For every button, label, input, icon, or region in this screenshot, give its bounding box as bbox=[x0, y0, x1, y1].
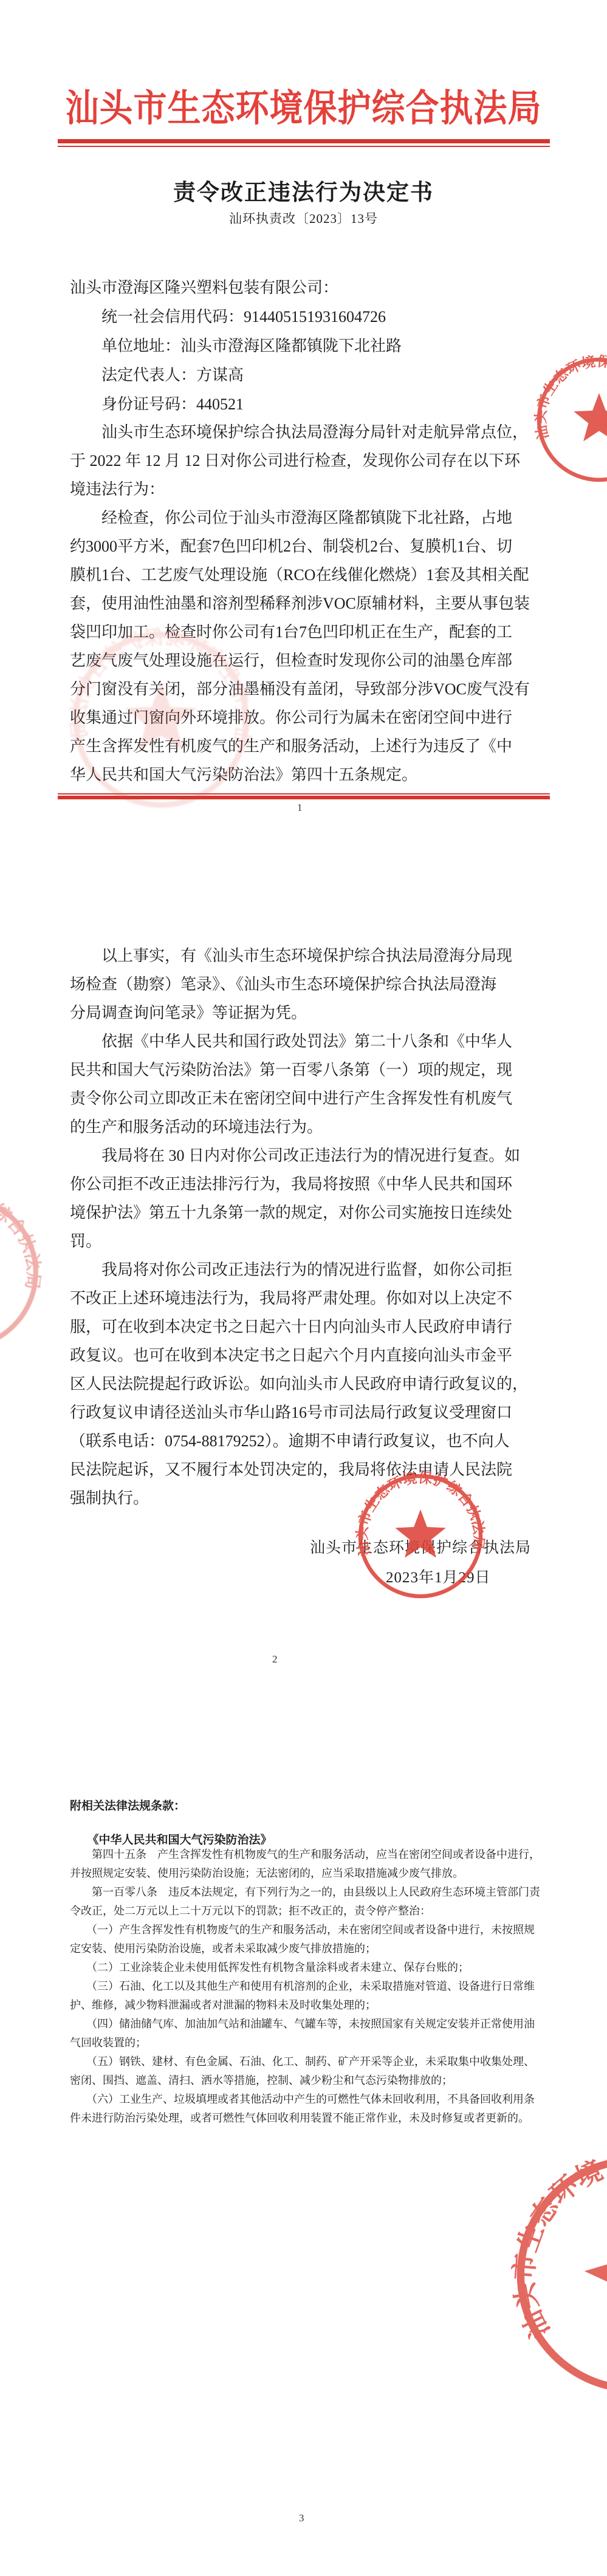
text-line: 法定代表人：方谋高 bbox=[70, 361, 556, 390]
seal-ring-text: 汕头市生态环境保护综合执法局 bbox=[483, 2123, 607, 2344]
text-line: （一）产生含挥发性有机物废气的生产和服务活动，未在密闭空间或者设备中进行，未按照… bbox=[70, 1921, 556, 1939]
text-line: 统一社会信用代码：914405151931604726 bbox=[70, 302, 556, 332]
page-number-1: 1 bbox=[297, 802, 303, 814]
text-line: 场检查（勘察）笔录》、《汕头市生态环境保护综合执法局澄海 bbox=[70, 970, 556, 999]
svg-text:汕头市生态环境保护综合执法局: 汕头市生态环境保护综合执法局 bbox=[483, 2123, 607, 2344]
seal-page2-edge: 汕头市生态环境保护综合执法局 bbox=[0, 1181, 52, 1364]
attachment-heading: 附相关法律法规条款： bbox=[70, 1797, 185, 1813]
seal-star-icon bbox=[574, 393, 607, 442]
text-line: 经检查，你公司位于汕头市澄海区隆都镇陇下北社路，占地 bbox=[70, 504, 556, 532]
text-line: 你公司拒不改正违法排污行为，我局将按照《中华人民共和国环 bbox=[70, 1170, 556, 1198]
attachment-law-title: 《中华人民共和国大气污染防治法》 bbox=[70, 1831, 272, 1847]
text-line: （五）钢铁、建材、有色金属、石油、化工、制药、矿产开采等企业，未采取集中收集处理… bbox=[70, 2052, 556, 2071]
text-line: 依据《中华人民共和国行政处罚法》第二十八条和《中华人 bbox=[70, 1027, 556, 1056]
text-line: 政复议。也可在收到本决定书之日起六个月内直接向汕头市金平 bbox=[70, 1341, 556, 1370]
text-line: 境违法行为： bbox=[70, 475, 556, 504]
text-line: 行政复议申请径送汕头市华山路16号市司法局行政复议受理窗口 bbox=[70, 1398, 556, 1427]
text-line: （二）工业涂装企业未使用低挥发性有机物含量涂料或者未建立、保存台账的； bbox=[70, 1958, 556, 1977]
recipient-block: 汕头市澄海区隆兴塑料包装有限公司： 统一社会信用代码：9144051519316… bbox=[70, 273, 556, 419]
text-line: 约3000平方米，配套7色凹印机2台、制袋机2台、复膜机1台、切 bbox=[70, 532, 556, 561]
text-line: 华人民共和国大气污染防治法》第四十五条规定。 bbox=[70, 760, 556, 789]
seal-star-icon bbox=[576, 2214, 607, 2326]
text-line: 强制执行。 bbox=[70, 1484, 556, 1512]
text-line: 艺废气废气处理设施在运行，但检查时发现你公司的油墨仓库部 bbox=[70, 646, 556, 675]
paragraph-evidence: 以上事实，有《汕头市生态环境保护综合执法局澄海分局现场检查（勘察）笔录》、《汕头… bbox=[70, 941, 556, 1027]
footer-divider-thin-line bbox=[58, 793, 550, 794]
text-line: 的生产和服务活动的环境违法行为。 bbox=[70, 1113, 556, 1141]
text-line: 服，可在收到本决定书之日起六十日内向汕头市人民政府申请行 bbox=[70, 1313, 556, 1341]
text-line: 第一百零八条 违反本法规定，有下列行为之一的，由县级以上人民政府生态环境主管部门… bbox=[70, 1883, 556, 1902]
text-line: 第四十五条 产生含挥发性有机物废气的生产和服务活动，应当在密闭空间或者设备中进行… bbox=[70, 1845, 556, 1864]
text-line: 并按照规定安装、使用污染防治设施；无法密闭的，应当采取措施减少废气排放。 bbox=[70, 1864, 556, 1883]
signature-agency: 汕头市生态环境保护综合执法局 bbox=[310, 1536, 531, 1557]
document-title: 责令改正违法行为决定书 bbox=[0, 174, 607, 207]
text-line: 民共和国大气污染防治法》第一百零八条第（一）项的规定，现 bbox=[70, 1056, 556, 1084]
paragraph-inspection-intro: 汕头市生态环境保护综合执法局澄海分局针对走航异常点位，于 2022 年 12 月… bbox=[70, 418, 556, 504]
text-line: 单位地址：汕头市澄海区隆都镇陇下北社路 bbox=[70, 332, 556, 361]
text-line: 膜机1台、工艺废气处理设施（RCO在线催化燃烧）1套及其相关配 bbox=[70, 561, 556, 589]
text-line: 产生含挥发性有机废气的生产和服务活动，上述行为违反了《中 bbox=[70, 732, 556, 760]
header-divider-thin-line bbox=[58, 146, 550, 147]
text-line: 套，使用油性油墨和溶剂型稀释剂涉VOC原辅材料，主要从事包装 bbox=[70, 589, 556, 618]
company-info-lines: 统一社会信用代码：914405151931604726 单位地址：汕头市澄海区隆… bbox=[70, 302, 556, 419]
text-line: （四）储油储气库、加油加气站和油罐车、气罐车等，未按照国家有关规定安装并正常使用… bbox=[70, 2015, 556, 2034]
text-line: 分局调查询问笔录》等证据为凭。 bbox=[70, 999, 556, 1027]
header-divider-thick-line bbox=[58, 139, 550, 143]
text-line: 不改正上述环境违法行为，我局将严肃处理。你如对以上决定不 bbox=[70, 1284, 556, 1313]
seal-page3-edge: 汕头市生态环境保护综合执法局 bbox=[467, 2107, 607, 2443]
attachment-statute-lines: 第四十五条 产生含挥发性有机物废气的生产和服务活动，应当在密闭空间或者设备中进行… bbox=[70, 1845, 556, 2128]
text-line: 护、维修，减少物料泄漏或者对泄漏的物料未及时收集处理的； bbox=[70, 1996, 556, 2015]
paragraph-legal-basis: 依据《中华人民共和国行政处罚法》第二十八条和《中华人民共和国大气污染防治法》第一… bbox=[70, 1027, 556, 1141]
text-line: 令改正，处二万元以上二十万元以下的罚款；拒不改正的，责令停产整治： bbox=[70, 1902, 556, 1921]
text-line: 罚。 bbox=[70, 1227, 556, 1256]
text-line: 分门窗没有关闭，部分油墨桶没有盖闭，导致部分涉VOC废气没有 bbox=[70, 675, 556, 703]
seal-ring-text: 汕头市生态环境保护综合执法局 bbox=[0, 1189, 43, 1299]
text-line: 汕头市生态环境保护综合执法局澄海分局针对走航异常点位， bbox=[70, 418, 556, 446]
text-line: （六）工业生产、垃圾填埋或者其他活动中产生的可燃性气体未回收利用，不具备回收利用… bbox=[70, 2090, 556, 2109]
text-line: 以上事实，有《汕头市生态环境保护综合执法局澄海分局现 bbox=[70, 941, 556, 970]
text-line: （三）石油、化工以及其他生产和使用有机溶剂的企业，未采取措施对管道、设备进行日常… bbox=[70, 1977, 556, 1996]
agency-banner: 汕头市生态环境保护综合执法局 bbox=[0, 83, 607, 134]
paragraph-findings: 经检查，你公司位于汕头市澄海区隆都镇陇下北社路，占地约3000平方米，配套7色凹… bbox=[70, 504, 556, 789]
page-number-2: 2 bbox=[272, 1653, 278, 1666]
text-line: 我局将对你公司改正违法行为的情况进行监督，如你公司拒 bbox=[70, 1256, 556, 1284]
svg-text:汕头市生态环境保护综合执法局: 汕头市生态环境保护综合执法局 bbox=[0, 1189, 43, 1299]
text-line: 定安装、使用污染防治设施，或者未采取减少废气排放措施的； bbox=[70, 1939, 556, 1958]
text-line: （联系电话：0754-88179252）。逾期不申请行政复议，也不向人 bbox=[70, 1427, 556, 1455]
signature-date: 2023年1月29日 bbox=[386, 1565, 491, 1587]
text-line: 袋凹印加工。检查时你公司有1台7色凹印机正在生产，配套的工 bbox=[70, 618, 556, 646]
text-line: 件未进行防治污染处理，或者可燃性气体回收利用装置不能正常作业，未及时修复或者更新… bbox=[70, 2109, 556, 2128]
recipient-name: 汕头市澄海区隆兴塑料包装有限公司： bbox=[70, 273, 556, 302]
text-line: 收集通过门窗向外环境排放。你公司行为属未在密闭空间中进行 bbox=[70, 703, 556, 732]
paragraph-review: 我局将在 30 日内对你公司改正违法行为的情况进行复查。如你公司拒不改正违法排污… bbox=[70, 1141, 556, 1256]
text-line: 区人民法院提起行政诉讼。如向汕头市人民政府申请行政复议的， bbox=[70, 1370, 556, 1398]
document-number: 汕环执责改〔2023〕13号 bbox=[0, 209, 607, 227]
footer-divider-thick-line bbox=[58, 796, 550, 799]
text-line: 于 2022 年 12 月 12 日对你公司进行检查，发现你公司存在以下环 bbox=[70, 446, 556, 475]
page-number-3: 3 bbox=[299, 2512, 304, 2524]
text-line: 气回收装置的； bbox=[70, 2034, 556, 2052]
paragraph-supervision: 我局将对你公司改正违法行为的情况进行监督，如你公司拒不改正上述环境违法行为，我局… bbox=[70, 1256, 556, 1512]
scanned-official-document: 汕头市生态环境保护综合执法局 责令改正违法行为决定书 汕环执责改〔2023〕13… bbox=[0, 0, 607, 2576]
text-line: 民法院起诉，又不履行本处罚决定的，我局将依法申请人民法院 bbox=[70, 1455, 556, 1484]
text-line: 境保护法》第五十九条第一款的规定，对你公司实施按日连续处 bbox=[70, 1198, 556, 1227]
text-line: 密闭、围挡、遮盖、清扫、洒水等措施，控制、减少粉尘和气态污染物排放的； bbox=[70, 2071, 556, 2090]
text-line: 我局将在 30 日内对你公司改正违法行为的情况进行复查。如 bbox=[70, 1141, 556, 1170]
text-line: 责令你公司立即改正未在密闭空间中进行产生含挥发性有机废气 bbox=[70, 1084, 556, 1113]
text-line: 身份证号码：440521 bbox=[70, 390, 556, 419]
